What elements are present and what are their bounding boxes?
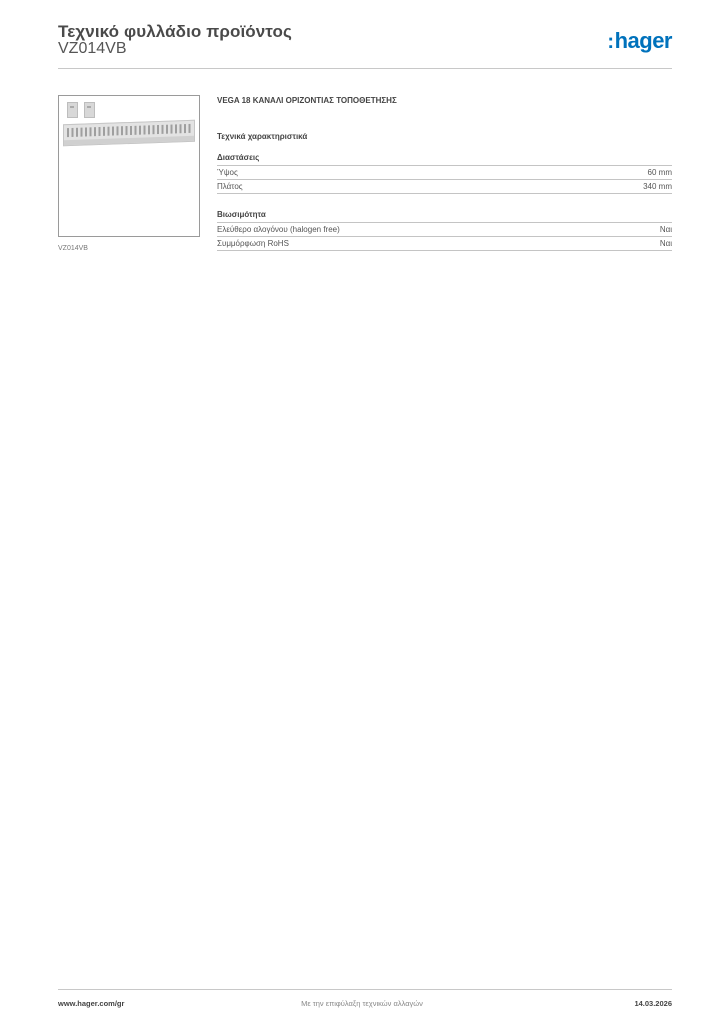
group-title: Βιωσιμότητα <box>217 210 672 223</box>
spec-label: Συμμόρφωση RoHS <box>217 237 289 250</box>
spec-label: Ελεύθερο αλογόνου (halogen free) <box>217 223 340 236</box>
page-header: Τεχνικό φυλλάδιο προϊόντος VZ014VB :hage… <box>58 20 672 70</box>
product-name: VEGA 18 ΚΑΝΑΛΙ ΟΡΙΖΟΝΤΙΑΣ ΤΟΠΟΘΕΤΗΣΗΣ <box>217 96 672 105</box>
spec-group-sustainability: Βιωσιμότητα Ελεύθερο αλογόνου (halogen f… <box>217 210 672 251</box>
spec-value: 340 mm <box>643 180 672 193</box>
footer-divider <box>58 989 672 990</box>
footer-date: 14.03.2026 <box>634 999 672 1008</box>
document-title: Τεχνικό φυλλάδιο προϊόντος <box>58 22 292 42</box>
spec-row: Συμμόρφωση RoHS Ναι <box>217 237 672 251</box>
header-divider <box>58 68 672 69</box>
product-code-heading: VZ014VB <box>58 40 126 58</box>
logo-text: hager <box>615 28 672 53</box>
trunking-base <box>64 136 194 146</box>
spec-value: Ναι <box>660 223 672 236</box>
spec-row: Πλάτος 340 mm <box>217 180 672 194</box>
spec-row: Ελεύθερο αλογόνου (halogen free) Ναι <box>217 223 672 237</box>
spec-label: Πλάτος <box>217 180 243 193</box>
logo-colon: : <box>607 31 613 53</box>
footer-disclaimer: Με την επιφύλαξη τεχνικών αλλαγών <box>0 999 724 1008</box>
spec-value: Ναι <box>660 237 672 250</box>
cable-trunking-icon <box>63 120 195 147</box>
group-title: Διαστάσεις <box>217 153 672 166</box>
spec-row: Ύψος 60 mm <box>217 166 672 180</box>
hager-logo: :hager <box>607 28 672 54</box>
image-caption: VZ014VB <box>58 245 88 252</box>
spec-group-dimensions: Διαστάσεις Ύψος 60 mm Πλάτος 340 mm <box>217 153 672 194</box>
product-image <box>58 95 200 237</box>
end-clip-icon <box>67 102 78 118</box>
spec-content: VEGA 18 ΚΑΝΑΛΙ ΟΡΙΖΟΝΤΙΑΣ ΤΟΠΟΘΕΤΗΣΗΣ Τε… <box>217 96 672 251</box>
end-clip-icon <box>84 102 95 118</box>
spec-label: Ύψος <box>217 166 238 179</box>
section-title: Τεχνικά χαρακτηριστικά <box>217 132 672 141</box>
spec-value: 60 mm <box>648 166 672 179</box>
trunking-slots <box>67 124 191 137</box>
